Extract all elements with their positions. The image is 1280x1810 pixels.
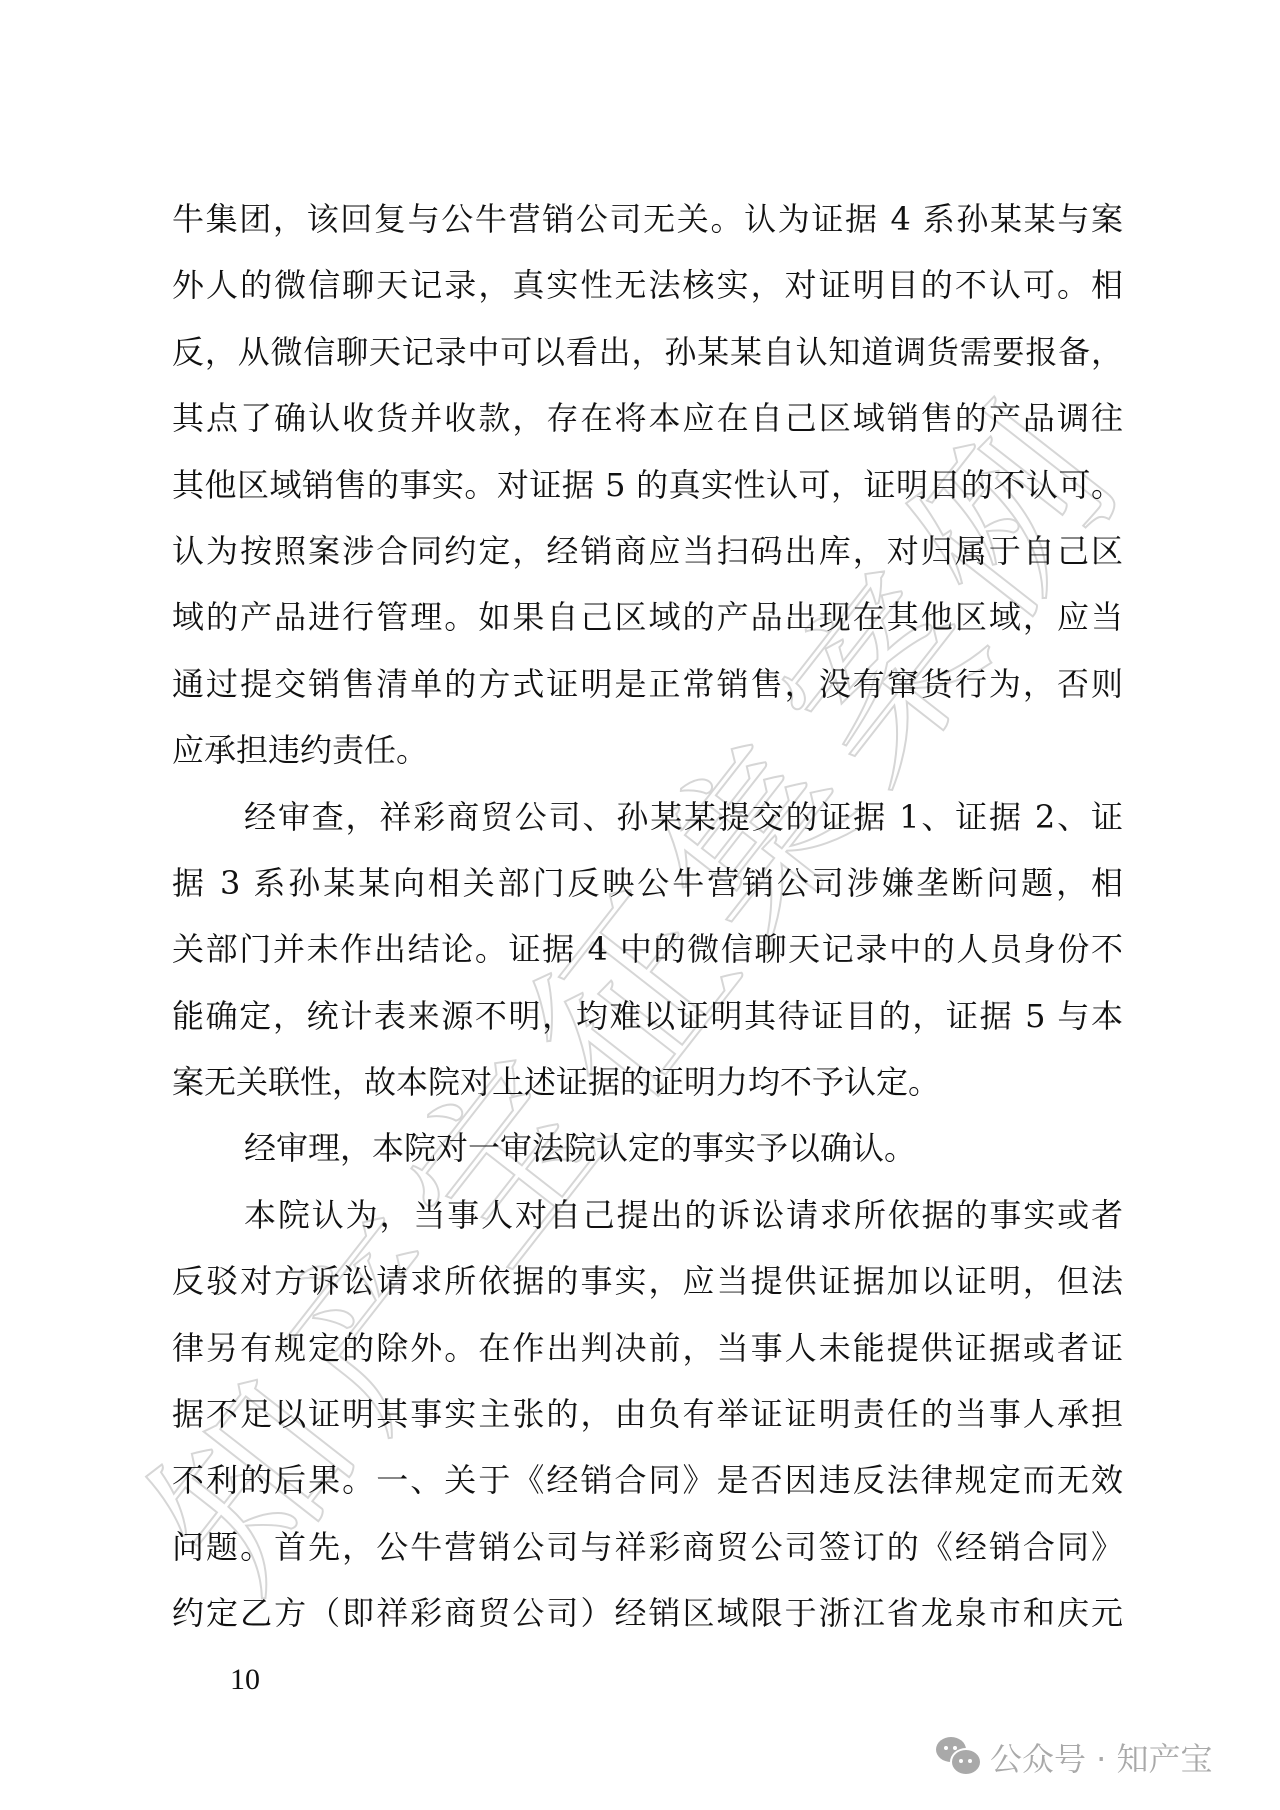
text-line: 据不足以证明其事实主张的，由负有举证证明责任的当事人承担 [172,1381,1123,1447]
text-line: 能确定，统计表来源不明，均难以证明其待证目的，证据 5 与本 [172,983,1123,1049]
text-line: 通过提交销售清单的方式证明是正常销售，没有窜货行为，否则 [172,651,1123,717]
text-line: 不利的后果。一、关于《经销合同》是否因违反法律规定而无效 [172,1447,1123,1513]
wechat-icon [936,1737,982,1777]
text-line: 认为按照案涉合同约定，经销商应当扫码出库，对归属于自己区 [172,518,1123,584]
body-text: 牛集团，该回复与公牛营销公司无关。认为证据 4 系孙某某与案外人的微信聊天记录，… [172,186,1123,1647]
text-line: 域的产品进行管理。如果自己区域的产品出现在其他区域，应当 [172,584,1123,650]
text-line: 经审查，祥彩商贸公司、孙某某提交的证据 1、证据 2、证 [172,784,1123,850]
text-line: 牛集团，该回复与公牛营销公司无关。认为证据 4 系孙某某与案 [172,186,1123,252]
document-page: 知产宝征集案例 牛集团，该回复与公牛营销公司无关。认为证据 4 系孙某某与案外人… [0,0,1280,1810]
text-line: 应承担违约责任。 [172,717,1123,783]
page-number: 10 [230,1663,260,1697]
text-line: 案无关联性，故本院对上述证据的证明力均不予认定。 [172,1049,1123,1115]
footer-watermark: 公众号 · 知产宝 [936,1736,1213,1778]
text-line: 外人的微信聊天记录，真实性无法核实，对证明目的不认可。相 [172,252,1123,318]
text-line: 其他区域销售的事实。对证据 5 的真实性认可，证明目的不认可。 [172,452,1123,518]
text-line: 问题。首先，公牛营销公司与祥彩商贸公司签订的《经销合同》 [172,1514,1123,1580]
footer-watermark-text: 公众号 · 知产宝 [990,1734,1213,1780]
text-line: 其点了确认收货并收款，存在将本应在自己区域销售的产品调往 [172,385,1123,451]
text-line: 反驳对方诉讼请求所依据的事实，应当提供证据加以证明，但法 [172,1248,1123,1314]
text-line: 反，从微信聊天记录中可以看出，孙某某自认知道调货需要报备， [172,319,1123,385]
text-line: 经审理，本院对一审法院认定的事实予以确认。 [172,1115,1123,1181]
text-line: 据 3 系孙某某向相关部门反映公牛营销公司涉嫌垄断问题，相 [172,850,1123,916]
text-line: 约定乙方（即祥彩商贸公司）经销区域限于浙江省龙泉市和庆元 [172,1580,1123,1646]
text-line: 律另有规定的除外。在作出判决前，当事人未能提供证据或者证 [172,1315,1123,1381]
text-line: 关部门并未作出结论。证据 4 中的微信聊天记录中的人员身份不 [172,916,1123,982]
text-line: 本院认为，当事人对自己提出的诉讼请求所依据的事实或者 [172,1182,1123,1248]
